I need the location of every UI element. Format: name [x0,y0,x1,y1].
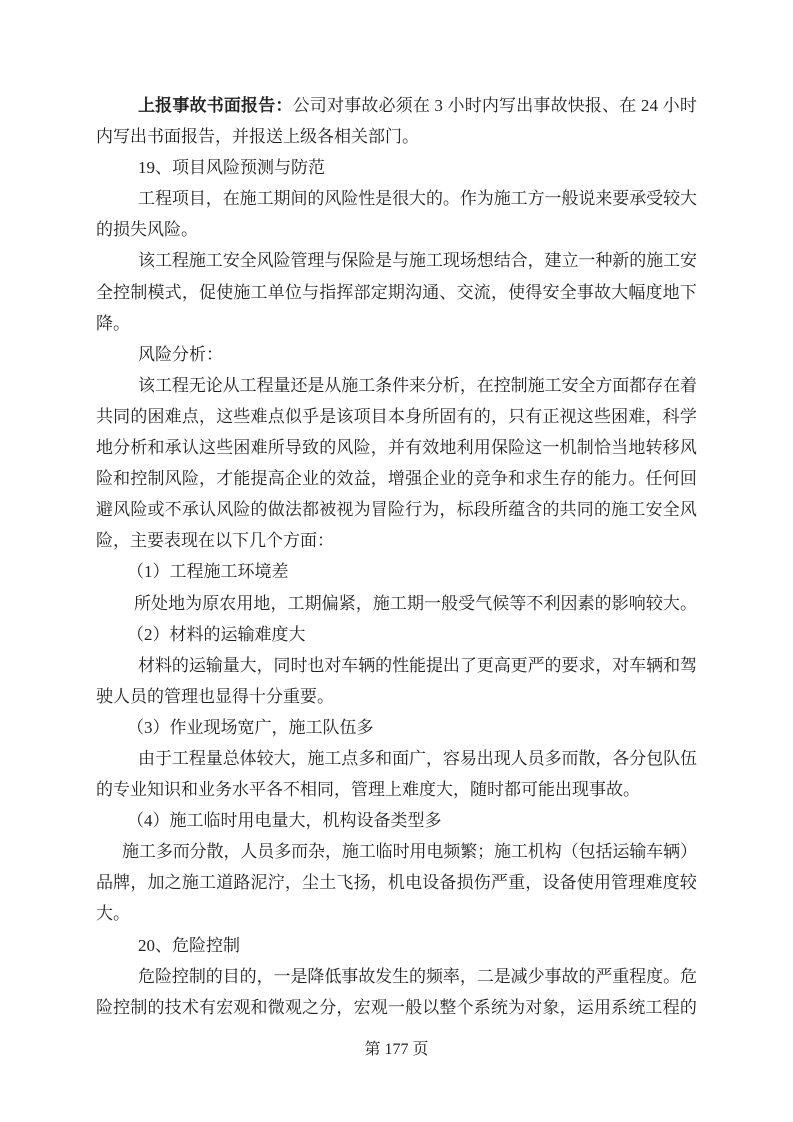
text-run: 内写出书面报告，并报送上级各相关部门。 [96,127,419,146]
text-line-content: 的损失风险。 [96,214,198,245]
text-line: 工程项目，在施工期间的风险性是很大的。作为施工方一般说来要承受较大 [96,183,697,214]
text-run: 工程项目，在施工期间的风险性是很大的。作为施工方一般说来要承受较大 [138,189,697,208]
text-line-content: 危险控制的目的，一是降低事故发生的频率，二是减少事故的严重程度。危 [138,961,697,992]
text-line: 上报事故书面报告：公司对事故必须在 3 小时内写出事故快报、在 24 小时 [96,90,697,121]
text-run: 大。 [96,904,130,923]
text-line-content: 险和控制风险，才能提高企业的效益，增强企业的竞争和求生存的能力。任何回 [96,463,697,494]
text-line-content: 由于工程量总体较大，施工点多和面广，容易出现人员多而散，各分包队伍 [138,743,697,774]
text-line: 避风险或不承认风险的做法都被视为冒险行为，标段所蕴含的共同的施工安全风 [96,494,697,525]
text-run: （2）材料的运输难度大 [127,625,306,644]
text-line-content: 险控制的技术有宏观和微观之分，宏观一般以整个系统为对象，运用系统工程的 [96,992,697,1023]
text-line-content: 19、项目风险预测与防范 [138,152,325,183]
text-run: 避风险或不承认风险的做法都被视为冒险行为，标段所蕴含的共同的施工安全风 [96,500,697,519]
text-line-content: 该工程施工安全风险管理与保险是与施工现场想结合，建立一种新的施工安 [138,245,697,276]
text-line: 地分析和承认这些困难所导致的风险，并有效地利用保险这一机制恰当地转移风 [96,432,697,463]
text-line-content: 上报事故书面报告：公司对事故必须在 3 小时内写出事故快报、在 24 小时 [138,90,697,121]
text-run: 的损失风险。 [96,220,198,239]
text-run: 险和控制风险，才能提高企业的效益，增强企业的竞争和求生存的能力。任何回 [96,469,697,488]
document-body: 上报事故书面报告：公司对事故必须在 3 小时内写出事故快报、在 24 小时内写出… [96,90,697,1023]
text-line-content: （1）工程施工环境差 [127,556,289,587]
text-line: 所处地为原农用地，工期偏紧，施工期一般受气候等不利因素的影响较大。 [96,588,697,619]
text-run: 险控制的技术有宏观和微观之分，宏观一般以整个系统为对象，运用系统工程的 [96,998,697,1017]
text-run: 驶人员的管理也显得十分重要。 [96,687,334,706]
text-line-content: （4）施工临时用电量大，机构设备类型多 [127,805,442,836]
text-line-content: （3）作业现场宽广，施工队伍多 [127,712,374,743]
text-line: 危险控制的目的，一是降低事故发生的频率，二是减少事故的严重程度。危 [96,961,697,992]
text-line-content: 的专业知识和业务水平各不相同，管理上难度大，随时都可能出现事故。 [96,774,640,805]
text-line-content: 险，主要表现在以下几个方面： [96,525,334,556]
text-line: 风险分析： [96,339,697,370]
text-run: 公司对事故必须在 3 小时内写出事故快报、在 24 小时 [293,96,697,115]
text-line: 材料的运输量大，同时也对车辆的性能提出了更高更严的要求，对车辆和驾 [96,650,697,681]
text-run: 该工程无论从工程量还是从施工条件来分析，在控制施工安全方面都存在着 [138,376,697,395]
text-line-content: 内写出书面报告，并报送上级各相关部门。 [96,121,419,152]
text-line: 由于工程量总体较大，施工点多和面广，容易出现人员多而散，各分包队伍 [96,743,697,774]
text-line: 施工多而分散，人员多而杂，施工临时用电频繁；施工机构（包括运输车辆） [96,836,697,867]
text-line-content: （2）材料的运输难度大 [127,619,306,650]
document-page: 上报事故书面报告：公司对事故必须在 3 小时内写出事故快报、在 24 小时内写出… [0,0,793,1122]
text-run: 的专业知识和业务水平各不相同，管理上难度大，随时都可能出现事故。 [96,780,640,799]
text-line-content: 共同的困难点，这些难点似乎是该项目本身所固有的，只有正视这些困难，科学 [96,401,697,432]
text-line: 的专业知识和业务水平各不相同，管理上难度大，随时都可能出现事故。 [96,774,697,805]
text-run: 由于工程量总体较大，施工点多和面广，容易出现人员多而散，各分包队伍 [138,749,697,768]
text-line-content: 所处地为原农用地，工期偏紧，施工期一般受气候等不利因素的影响较大。 [134,588,697,619]
text-line: 降。 [96,308,697,339]
text-line: 大。 [96,898,697,929]
text-line-content: 风险分析： [138,339,223,370]
text-line: （2）材料的运输难度大 [96,619,697,650]
text-line: 的损失风险。 [96,214,697,245]
text-line: 全控制模式，促使施工单位与指挥部定期沟通、交流，使得安全事故大幅度地下 [96,277,697,308]
text-line: 共同的困难点，这些难点似乎是该项目本身所固有的，只有正视这些困难，科学 [96,401,697,432]
text-line-content: 全控制模式，促使施工单位与指挥部定期沟通、交流，使得安全事故大幅度地下 [96,277,697,308]
text-run: 材料的运输量大，同时也对车辆的性能提出了更高更严的要求，对车辆和驾 [138,656,697,675]
text-line-content: 驶人员的管理也显得十分重要。 [96,681,334,712]
text-line: （1）工程施工环境差 [96,556,697,587]
text-line: 驶人员的管理也显得十分重要。 [96,681,697,712]
text-line-content: 品牌，加之施工道路泥泞，尘土飞扬，机电设备损伤严重，设备使用管理难度较 [96,867,697,898]
text-line-content: 避风险或不承认风险的做法都被视为冒险行为，标段所蕴含的共同的施工安全风 [96,494,697,525]
text-line: 险控制的技术有宏观和微观之分，宏观一般以整个系统为对象，运用系统工程的 [96,992,697,1023]
text-line: 该工程无论从工程量还是从施工条件来分析，在控制施工安全方面都存在着 [96,370,697,401]
text-run: 全控制模式，促使施工单位与指挥部定期沟通、交流，使得安全事故大幅度地下 [96,283,697,302]
text-run: 风险分析： [138,345,223,364]
text-line-content: 材料的运输量大，同时也对车辆的性能提出了更高更严的要求，对车辆和驾 [138,650,697,681]
text-line: 该工程施工安全风险管理与保险是与施工现场想结合，建立一种新的施工安 [96,245,697,276]
text-run: 品牌，加之施工道路泥泞，尘土飞扬，机电设备损伤严重，设备使用管理难度较 [96,873,697,892]
text-run: （3）作业现场宽广，施工队伍多 [127,718,374,737]
text-line-content: 20、危险控制 [138,930,240,961]
text-run: 19、项目风险预测与防范 [138,158,325,177]
bold-text-run: 上报事故书面报告： [138,96,293,115]
text-run: 施工多而分散，人员多而杂，施工临时用电频繁；施工机构（包括运输车辆） [122,842,697,861]
text-run: 降。 [96,314,130,333]
text-line-content: 地分析和承认这些困难所导致的风险，并有效地利用保险这一机制恰当地转移风 [96,432,697,463]
text-line: 品牌，加之施工道路泥泞，尘土飞扬，机电设备损伤严重，设备使用管理难度较 [96,867,697,898]
text-run: （4）施工临时用电量大，机构设备类型多 [127,811,442,830]
text-run: 所处地为原农用地，工期偏紧，施工期一般受气候等不利因素的影响较大。 [134,594,697,613]
text-line-content: 工程项目，在施工期间的风险性是很大的。作为施工方一般说来要承受较大 [138,183,697,214]
text-run: 20、危险控制 [138,936,240,955]
text-line-content: 施工多而分散，人员多而杂，施工临时用电频繁；施工机构（包括运输车辆） [122,836,697,867]
text-run: （1）工程施工环境差 [127,562,289,581]
text-line-content: 降。 [96,308,130,339]
text-line: （3）作业现场宽广，施工队伍多 [96,712,697,743]
text-line: 19、项目风险预测与防范 [96,152,697,183]
text-run: 共同的困难点，这些难点似乎是该项目本身所固有的，只有正视这些困难，科学 [96,407,697,426]
text-line: （4）施工临时用电量大，机构设备类型多 [96,805,697,836]
text-run: 险，主要表现在以下几个方面： [96,531,334,550]
text-line-content: 大。 [96,898,130,929]
text-line-content: 该工程无论从工程量还是从施工条件来分析，在控制施工安全方面都存在着 [138,370,697,401]
page-number: 第 177 页 [364,1041,428,1058]
text-line: 20、危险控制 [96,930,697,961]
text-run: 地分析和承认这些困难所导致的风险，并有效地利用保险这一机制恰当地转移风 [96,438,697,457]
text-run: 危险控制的目的，一是降低事故发生的频率，二是减少事故的严重程度。危 [138,967,697,986]
text-line: 险和控制风险，才能提高企业的效益，增强企业的竞争和求生存的能力。任何回 [96,463,697,494]
text-run: 该工程施工安全风险管理与保险是与施工现场想结合，建立一种新的施工安 [138,251,697,270]
page-footer: 第 177 页 [0,1036,793,1059]
text-line: 险，主要表现在以下几个方面： [96,525,697,556]
text-line: 内写出书面报告，并报送上级各相关部门。 [96,121,697,152]
